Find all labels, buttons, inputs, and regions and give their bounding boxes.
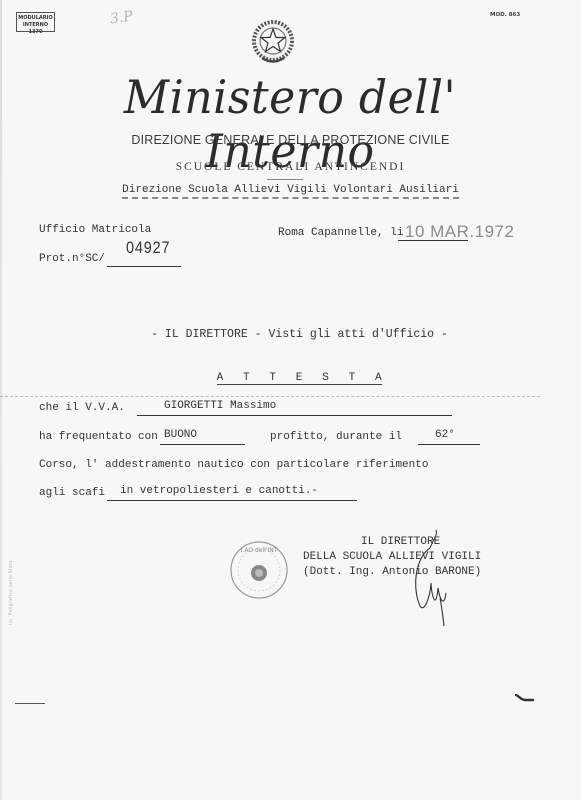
paper-edge bbox=[0, 0, 2, 800]
place-label: Roma Capannelle, li bbox=[278, 227, 403, 239]
course-number: 62° bbox=[435, 429, 455, 441]
protocol-number: 04927 bbox=[126, 238, 170, 258]
short-divider bbox=[267, 179, 303, 180]
pencil-note: 3.P bbox=[109, 8, 134, 27]
student-name: GIORGETTI Massimo bbox=[164, 400, 276, 412]
form-box-line-1: MODULARIO bbox=[17, 15, 54, 22]
protocol-label: Prot.n°SC/ bbox=[39, 253, 105, 265]
line-1-label: che il V.V.A. bbox=[39, 402, 125, 414]
line-4-label: agli scafi bbox=[39, 487, 105, 499]
italian-republic-emblem-icon bbox=[250, 18, 296, 66]
handwritten-signature-icon bbox=[400, 528, 460, 628]
school-direction-heading: Direzione Scuola Allievi Vigili Volontar… bbox=[0, 184, 581, 196]
ink-blot-icon bbox=[515, 694, 535, 702]
line-2-middle: profitto, durante il bbox=[270, 431, 402, 443]
form-box: MODULARIO INTERNO 1370 bbox=[16, 12, 55, 32]
school-direction-text: Direzione Scuola Allievi Vigili Volontar… bbox=[122, 184, 459, 199]
grade-value: BUONO bbox=[164, 429, 197, 441]
office-label: Ufficio Matricola bbox=[39, 224, 151, 236]
form-box-line-2: INTERNO 1370 bbox=[17, 22, 54, 36]
directorate-heading: DIREZIONE GENERALE DELLA PROTEZIONE CIVI… bbox=[0, 133, 581, 147]
form-code: MOD. 863 bbox=[490, 12, 520, 18]
official-seal-icon: I.AO dell'INT bbox=[228, 537, 290, 603]
schools-heading: SCUOLE CENTRALI ANTINCENDI bbox=[0, 161, 581, 173]
preamble: - IL DIRETTORE - Visti gli atti d'Uffici… bbox=[0, 328, 581, 341]
footer-rule bbox=[15, 703, 45, 704]
attesta-text: A T T E S T A bbox=[217, 372, 382, 385]
svg-text:I.AO dell'INT: I.AO dell'INT bbox=[241, 547, 278, 554]
line-2-label: ha frequentato con bbox=[39, 431, 158, 443]
faint-rule bbox=[0, 396, 540, 397]
hull-type-value: in vetropoliesteri e canotti.- bbox=[120, 485, 318, 497]
date-stamp: 10 MAR.1972 bbox=[405, 222, 514, 242]
line-3: Corso, l' addestramento nautico con part… bbox=[39, 459, 428, 471]
printer-imprint: Ist. Poligrafico dello Stato bbox=[8, 560, 13, 625]
attesta-heading: A T T E S T A bbox=[0, 360, 581, 384]
